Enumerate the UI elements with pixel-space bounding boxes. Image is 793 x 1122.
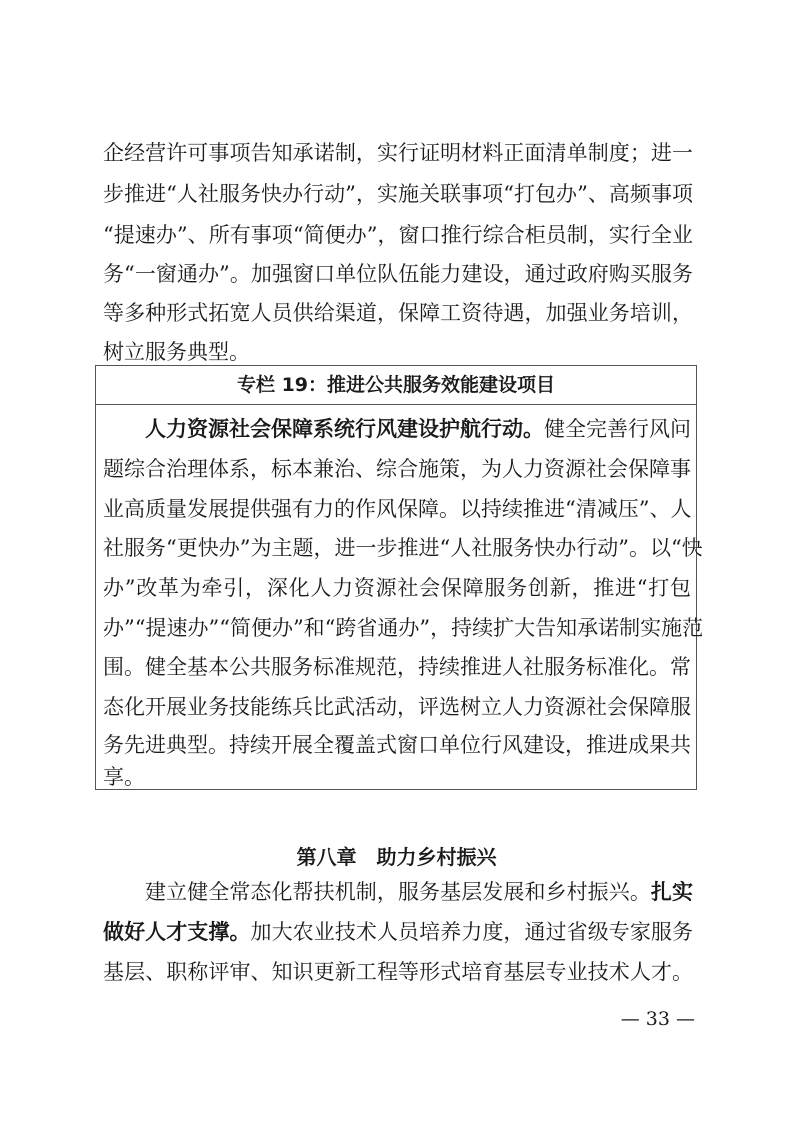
box-text-line: 务先进典型。持续开展全覆盖式窗口单位行风建设，推进成果共	[103, 733, 691, 757]
box-text-line: 题综合治理体系，标本兼治、综合施策，为人力资源社会保障事	[103, 457, 691, 481]
page-number: — 33 —	[621, 1007, 695, 1031]
text-span: 加大农业技术人员培养力度，通过省级专家服务	[251, 920, 693, 944]
text-line: 基层、职称评审、知识更新工程等形式培育基层专业技术人才。	[103, 960, 693, 984]
bold-span: 扎实	[651, 879, 693, 904]
box-text-line: 业高质量发展提供强有力的作风保障。以持续推进“清减压”、人	[103, 497, 691, 521]
box-bold-lead: 人力资源社会保障系统行风建设护航行动。	[145, 416, 544, 441]
box-title: 专栏 19：推进公共服务效能建设项目	[96, 366, 696, 405]
box-text-line: 办”改革为牵引，深化人力资源社会保障服务创新，推进“打包	[103, 576, 691, 600]
text-line: 建立健全常态化帮扶机制，服务基层发展和乡村振兴。扎实	[103, 880, 693, 904]
chapter-heading: 第八章 助力乡村振兴	[0, 845, 793, 869]
box-text-line: 围。健全基本公共服务标准规范，持续推进人社服务标准化。常	[103, 655, 691, 679]
text-line: 做好人才支撑。加大农业技术人员培养力度，通过省级专家服务	[103, 920, 693, 944]
text-line: 步推进“人社服务快办行动”，实施关联事项“打包办”、高频事项	[103, 182, 693, 206]
text-line: 企经营许可事项告知承诺制，实行证明材料正面清单制度；进一	[103, 141, 693, 165]
text-line: 务“一窗通办”。加强窗口单位队伍能力建设，通过政府购买服务	[103, 262, 693, 286]
box-text-line: 享。	[103, 768, 691, 786]
box-text-line: 社服务“更快办”为主题，进一步推进“人社服务快办行动”。以“快	[103, 536, 691, 560]
text-line: 等多种形式拓宽人员供给渠道，保障工资待遇，加强业务培训，	[103, 301, 693, 325]
box-text-line: 人力资源社会保障系统行风建设护航行动。健全完善行风问	[103, 417, 691, 441]
text-line: “提速办”、所有事项“简便办”，窗口推行综合柜员制，实行全业	[103, 223, 693, 247]
text-span: 建立健全常态化帮扶机制，服务基层发展和乡村振兴。	[145, 880, 651, 904]
text-line: 树立服务典型。	[103, 340, 693, 364]
box-lead-rest: 健全完善行风问	[544, 417, 691, 441]
box-text-line: 态化开展业务技能练兵比武活动，评选树立人力资源社会保障服	[103, 695, 691, 719]
sidebar-box-column-19: 专栏 19：推进公共服务效能建设项目 人力资源社会保障系统行风建设护航行动。健全…	[95, 365, 697, 790]
box-text-line: 办”“提速办”“简便办”和“跨省通办”，持续扩大告知承诺制实施范	[103, 616, 691, 640]
bold-span: 做好人才支撑。	[103, 919, 251, 944]
